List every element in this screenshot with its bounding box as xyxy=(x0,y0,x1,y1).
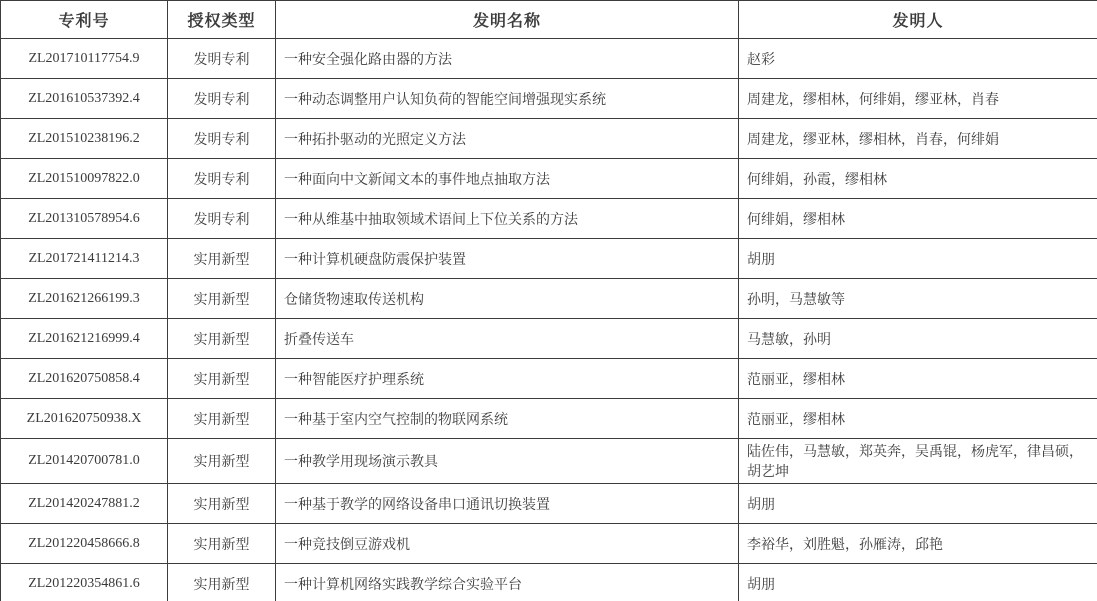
table-row: ZL201510238196.2 发明专利 一种拓扑驱动的光照定义方法 周建龙，… xyxy=(1,119,1097,159)
inventors-cell: 赵彩 xyxy=(739,39,1097,79)
name-cell: 折叠传送车 xyxy=(276,319,739,359)
name-cell: 一种拓扑驱动的光照定义方法 xyxy=(276,119,739,159)
name-cell: 一种安全强化路由器的方法 xyxy=(276,39,739,79)
table-row: ZL201620750858.4 实用新型 一种智能医疗护理系统 范丽亚，缪相林 xyxy=(1,359,1097,399)
inventors-cell: 周建龙，缪相林，何绯娟，缪亚林，肖春 xyxy=(739,79,1097,119)
patent-no-cell: ZL201420247881.2 xyxy=(1,484,168,524)
type-cell: 实用新型 xyxy=(168,399,276,439)
name-cell: 仓储货物速取传送机构 xyxy=(276,279,739,319)
patent-no-cell: ZL201620750858.4 xyxy=(1,359,168,399)
table-row: ZL201220458666.8 实用新型 一种竞技倒豆游戏机 李裕华，刘胜魁，… xyxy=(1,524,1097,564)
table-row: ZL201420247881.2 实用新型 一种基于教学的网络设备串口通讯切换装… xyxy=(1,484,1097,524)
table-row: ZL201620750938.X 实用新型 一种基于室内空气控制的物联网系统 范… xyxy=(1,399,1097,439)
patent-no-cell: ZL201610537392.4 xyxy=(1,79,168,119)
patent-no-cell: ZL201621266199.3 xyxy=(1,279,168,319)
inventors-cell: 何绯娟，孙霞，缪相林 xyxy=(739,159,1097,199)
inventors-cell: 胡朋 xyxy=(739,484,1097,524)
type-cell: 实用新型 xyxy=(168,564,276,601)
patent-no-cell: ZL201721411214.3 xyxy=(1,239,168,279)
name-cell: 一种动态调整用户认知负荷的智能空间增强现实系统 xyxy=(276,79,739,119)
name-cell: 一种从维基中抽取领域术语间上下位关系的方法 xyxy=(276,199,739,239)
header-cell-patent-no: 专利号 xyxy=(1,1,168,39)
type-cell: 实用新型 xyxy=(168,484,276,524)
patent-no-cell: ZL201220458666.8 xyxy=(1,524,168,564)
type-cell: 实用新型 xyxy=(168,524,276,564)
name-cell: 一种教学用现场演示教具 xyxy=(276,439,739,484)
table-header-row: 专利号 授权类型 发明名称 发明人 xyxy=(1,1,1097,39)
table-row: ZL201220354861.6 实用新型 一种计算机网络实践教学综合实验平台 … xyxy=(1,564,1097,601)
table-row: ZL201420700781.0 实用新型 一种教学用现场演示教具 陆佐伟，马慧… xyxy=(1,439,1097,484)
type-cell: 发明专利 xyxy=(168,119,276,159)
name-cell: 一种基于教学的网络设备串口通讯切换装置 xyxy=(276,484,739,524)
table-row: ZL201710117754.9 发明专利 一种安全强化路由器的方法 赵彩 xyxy=(1,39,1097,79)
patent-no-cell: ZL201310578954.6 xyxy=(1,199,168,239)
table-row: ZL201310578954.6 发明专利 一种从维基中抽取领域术语间上下位关系… xyxy=(1,199,1097,239)
type-cell: 发明专利 xyxy=(168,199,276,239)
name-cell: 一种竞技倒豆游戏机 xyxy=(276,524,739,564)
type-cell: 实用新型 xyxy=(168,319,276,359)
header-cell-name: 发明名称 xyxy=(276,1,739,39)
patent-no-cell: ZL201510238196.2 xyxy=(1,119,168,159)
inventors-cell: 何绯娟，缪相林 xyxy=(739,199,1097,239)
patent-no-cell: ZL201620750938.X xyxy=(1,399,168,439)
inventors-cell: 胡朋 xyxy=(739,239,1097,279)
patent-table: 专利号 授权类型 发明名称 发明人 ZL201710117754.9 发明专利 … xyxy=(0,0,1097,601)
inventors-cell: 孙明，马慧敏等 xyxy=(739,279,1097,319)
name-cell: 一种计算机网络实践教学综合实验平台 xyxy=(276,564,739,601)
patent-list-page: 专利号 授权类型 发明名称 发明人 ZL201710117754.9 发明专利 … xyxy=(0,0,1097,601)
type-cell: 发明专利 xyxy=(168,79,276,119)
inventors-cell: 周建龙，缪亚林，缪相林，肖春，何绯娟 xyxy=(739,119,1097,159)
name-cell: 一种计算机硬盘防震保护装置 xyxy=(276,239,739,279)
patent-no-cell: ZL201220354861.6 xyxy=(1,564,168,601)
inventors-cell: 范丽亚，缪相林 xyxy=(739,399,1097,439)
type-cell: 实用新型 xyxy=(168,279,276,319)
patent-no-cell: ZL201621216999.4 xyxy=(1,319,168,359)
name-cell: 一种面向中文新闻文本的事件地点抽取方法 xyxy=(276,159,739,199)
table-row: ZL201621266199.3 实用新型 仓储货物速取传送机构 孙明，马慧敏等 xyxy=(1,279,1097,319)
inventors-cell: 李裕华，刘胜魁，孙雁涛，邱艳 xyxy=(739,524,1097,564)
inventors-cell: 陆佐伟，马慧敏，郑英奔，吴禹锟，杨虎军，律昌硕，胡艺坤 xyxy=(739,439,1097,484)
type-cell: 实用新型 xyxy=(168,359,276,399)
patent-no-cell: ZL201510097822.0 xyxy=(1,159,168,199)
header-cell-type: 授权类型 xyxy=(168,1,276,39)
patent-no-cell: ZL201420700781.0 xyxy=(1,439,168,484)
type-cell: 发明专利 xyxy=(168,39,276,79)
type-cell: 发明专利 xyxy=(168,159,276,199)
name-cell: 一种智能医疗护理系统 xyxy=(276,359,739,399)
inventors-cell: 范丽亚，缪相林 xyxy=(739,359,1097,399)
table-row: ZL201621216999.4 实用新型 折叠传送车 马慧敏，孙明 xyxy=(1,319,1097,359)
inventors-cell: 胡朋 xyxy=(739,564,1097,601)
table-row: ZL201721411214.3 实用新型 一种计算机硬盘防震保护装置 胡朋 xyxy=(1,239,1097,279)
patent-no-cell: ZL201710117754.9 xyxy=(1,39,168,79)
table-row: ZL201510097822.0 发明专利 一种面向中文新闻文本的事件地点抽取方… xyxy=(1,159,1097,199)
type-cell: 实用新型 xyxy=(168,239,276,279)
name-cell: 一种基于室内空气控制的物联网系统 xyxy=(276,399,739,439)
header-cell-inventors: 发明人 xyxy=(739,1,1097,39)
inventors-cell: 马慧敏，孙明 xyxy=(739,319,1097,359)
type-cell: 实用新型 xyxy=(168,439,276,484)
table-row: ZL201610537392.4 发明专利 一种动态调整用户认知负荷的智能空间增… xyxy=(1,79,1097,119)
